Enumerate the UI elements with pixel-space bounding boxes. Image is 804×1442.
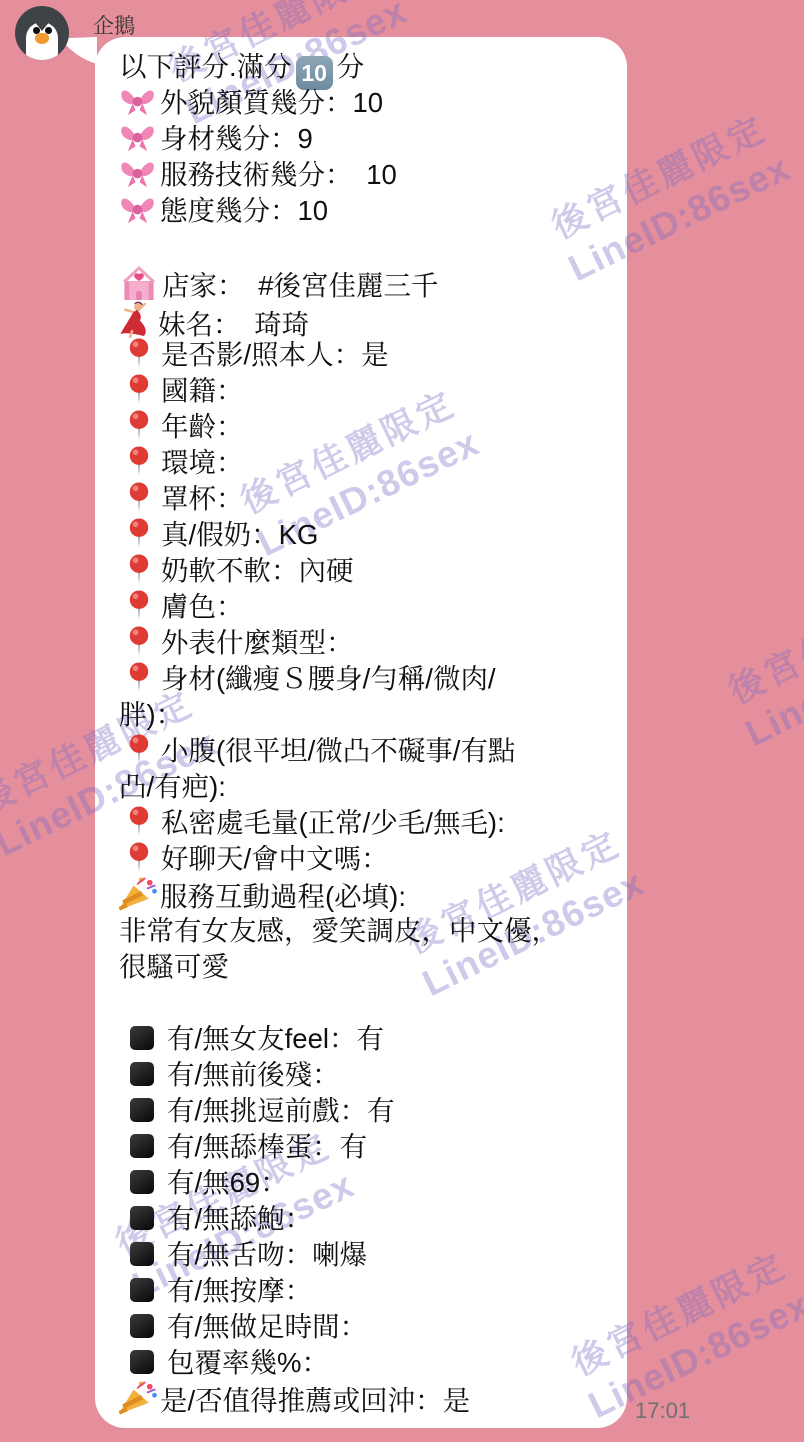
party-icon [115,1381,158,1417]
message-line-text: 很騷可愛 [119,951,229,982]
message-line: 非常有女友感，愛笑調皮，中文優， [119,913,603,949]
bubble-tail-icon [63,37,97,64]
message-line-text: 身材(纖瘦Ｓ腰身/勻稱/微肉/ [161,663,496,694]
message-line: 環境： [119,445,603,481]
message-line-text: 有/無舔鮑： [167,1203,312,1234]
pushpin-icon [128,482,150,513]
pushpin-icon [128,662,150,693]
black-square-icon [130,1098,154,1122]
message-line [119,229,603,265]
message-line-text: 奶軟不軟：內硬 [161,555,354,586]
ribbon-icon [119,159,156,190]
ribbon-icon [119,123,156,154]
message-line-text: 有/無舔棒蛋：有 [167,1131,367,1162]
message-line-text: 有/無女友feel：有 [167,1023,384,1054]
message-line-text: 外貌顏質幾分：10 [160,87,383,118]
message-line-text: 國籍： [161,375,244,406]
message-line: 妹名： 琦琦 [119,301,603,337]
message-line: 年齡： [119,409,603,445]
message-line: 有/無舌吻：喇爆 [119,1237,603,1273]
message-line: 外表什麼類型： [119,625,603,661]
message-line-text: 有/無做足時間： [167,1311,367,1342]
message-line: 私密處毛量(正常/少毛/無毛): [119,805,603,841]
message-line: 態度幾分：10 [119,193,603,229]
message-line-text: 是否影/照本人：是 [161,339,389,370]
message-line: 好聊天/會中文嗎： [119,841,603,877]
message-line-text: 妹名： 琦琦 [158,309,309,340]
chapel-icon [119,265,159,300]
message-line: 真/假奶：KG [119,517,603,553]
black-square-icon [130,1170,154,1194]
watermark-line1: 後宮佳麗限定 [716,565,804,715]
message-line: 胖)： [119,697,603,733]
black-square-icon [130,1062,154,1086]
message-line-text: 態度幾分：10 [160,195,328,226]
message-line: 身材幾分：9 [119,121,603,157]
message-line-text: 真/假奶：KG [161,519,318,550]
message-line: 服務技術幾分： 10 [119,157,603,193]
pushpin-icon [128,842,150,873]
message-line: 很騷可愛 [119,949,603,985]
message-line-text: 服務互動過程(必填): [160,881,406,912]
message-line [119,985,603,1021]
sender-name: 企鵝 [93,10,135,40]
message-line: 有/無舔棒蛋：有 [119,1129,603,1165]
message-timestamp: 17:01 [635,1398,690,1424]
message-line-text: 非常有女友感，愛笑調皮，中文優， [119,915,559,946]
black-square-icon [130,1314,154,1338]
message-line: 是/否值得推薦或回沖：是 [119,1381,603,1417]
pushpin-icon [128,626,150,657]
black-square-icon [130,1242,154,1266]
message-line: 以下評分.滿分10分 [119,49,603,85]
message-line-text: 凸/有疤): [119,771,226,802]
message-line: 國籍： [119,373,603,409]
pushpin-icon [128,374,150,405]
message-line-text: 環境： [161,447,244,478]
message-line: 有/無挑逗前戲：有 [119,1093,603,1129]
message-line-text: 小腹(很平坦/微凸不礙事/有點 [161,735,515,766]
message-line: 凸/有疤): [119,769,603,805]
message-line: 罩杯： [119,481,603,517]
message-line: 包覆率幾%： [119,1345,603,1381]
message-bubble[interactable]: 以下評分.滿分10分外貌顏質幾分：10身材幾分：9服務技術幾分： 10態度幾分：… [95,37,627,1428]
pushpin-icon [128,806,150,837]
pushpin-icon [128,554,150,585]
dancer-icon [117,301,153,338]
message-line-text: 有/無69： [167,1167,288,1198]
pushpin-icon [128,590,150,621]
black-square-icon [130,1134,154,1158]
pushpin-icon [128,446,150,477]
message-line: 有/無按摩： [119,1273,603,1309]
ribbon-icon [119,195,156,226]
message-line-text: 有/無前後殘： [167,1059,340,1090]
message-line: 膚色： [119,589,603,625]
message-line-text: 膚色： [161,591,244,622]
message-line-text: 有/無按摩： [167,1275,312,1306]
pushpin-icon [128,734,150,765]
message-line: 小腹(很平坦/微凸不礙事/有點 [119,733,603,769]
message-line: 外貌顏質幾分：10 [119,85,603,121]
watermark: 後宮佳麗限定LineID:86sex [716,565,804,755]
chat-screen: 企鵝 以下評分.滿分10分外貌顏質幾分：10身材幾分：9服務技術幾分： 10態度… [0,0,804,1442]
message-line-text: 身材幾分：9 [160,123,313,154]
pushpin-icon [128,410,150,441]
message-line: 身材(纖瘦Ｓ腰身/勻稱/微肉/ [119,661,603,697]
penguin-beak [35,33,49,44]
message-line: 有/無舔鮑： [119,1201,603,1237]
message-line: 店家： #後宮佳麗三千 [119,265,603,301]
message-line-text: 分 [337,51,365,82]
message-line-text: 店家： #後宮佳麗三千 [162,270,439,301]
black-square-icon [130,1278,154,1302]
message-line: 有/無女友feel：有 [119,1021,603,1057]
black-square-icon [130,1206,154,1230]
message-line: 奶軟不軟：內硬 [119,553,603,589]
message-text-block: 以下評分.滿分10分外貌顏質幾分：10身材幾分：9服務技術幾分： 10態度幾分：… [95,37,627,1417]
message-line-text: 罩杯： [161,483,244,514]
message-line-text: 年齡： [161,411,244,442]
message-line: 服務互動過程(必填): [119,877,603,913]
pushpin-icon [128,338,150,369]
message-line-text: 胖)： [119,699,183,730]
message-line-text: 以下評分.滿分 [119,51,292,82]
avatar[interactable] [15,6,69,60]
black-square-icon [130,1026,154,1050]
message-line-text: 私密處毛量(正常/少毛/無毛): [161,807,505,838]
message-line-text: 好聊天/會中文嗎： [161,843,389,874]
message-line: 有/無69： [119,1165,603,1201]
party-icon [115,877,158,913]
message-line: 有/無做足時間： [119,1309,603,1345]
message-line-text: 服務技術幾分： 10 [160,159,397,190]
ribbon-icon [119,87,156,118]
message-line-text: 是/否值得推薦或回沖：是 [160,1385,470,1416]
message-line: 有/無前後殘： [119,1057,603,1093]
message-line: 是否影/照本人：是 [119,337,603,373]
message-line-text: 外表什麼類型： [161,627,354,658]
black-square-icon [130,1350,154,1374]
message-line-text: 有/無舌吻：喇爆 [167,1239,367,1270]
pushpin-icon [128,518,150,549]
watermark-line2: LineID:86sex [739,612,804,755]
message-line-text: 有/無挑逗前戲：有 [167,1095,395,1126]
message-line-text: 包覆率幾%： [167,1347,329,1378]
